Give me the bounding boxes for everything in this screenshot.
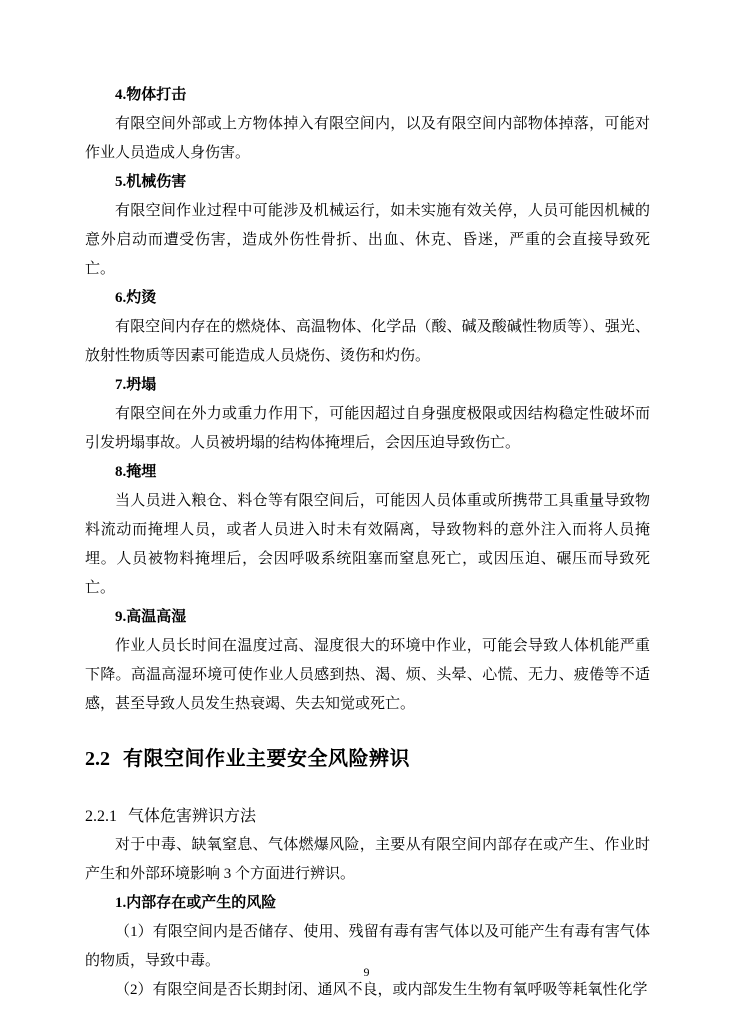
- document-page: 4.物体打击 有限空间外部或上方物体掉入有限空间内，以及有限空间内部物体掉落，可…: [0, 0, 733, 1036]
- hazard-heading: 6.灼烫: [85, 284, 650, 313]
- subsection-intro-paragraph: 对于中毒、缺氧窒息、气体燃爆风险，主要从有限空间内部存在或产生、作业时产生和外部…: [85, 831, 650, 889]
- section-title: 有限空间作业主要安全风险辨识: [123, 748, 410, 770]
- hazard-heading: 7.坍塌: [85, 371, 650, 400]
- hazard-heading: 9.高温高湿: [85, 603, 650, 632]
- hazard-section-mechanical-injury: 5.机械伤害 有限空间作业过程中可能涉及机械运行，如未实施有效关停，人员可能因机…: [85, 168, 650, 284]
- subsection-heading: 2.2.1气体危害辨识方法: [85, 802, 650, 831]
- hazard-section-collapse: 7.坍塌 有限空间在外力或重力作用下，可能因超过自身强度极限或因结构稳定性破坏而…: [85, 371, 650, 458]
- hazard-paragraph: 当人员进入粮仓、料仓等有限空间后，可能因人员体重或所携带工具重量导致物料流动而掩…: [85, 487, 650, 603]
- hazard-heading: 5.机械伤害: [85, 168, 650, 197]
- risk-item-2: （2）有限空间是否长期封闭、通风不良，或内部发生生物有氧呼吸等耗氧性化学: [85, 976, 650, 1005]
- subsection-number: 2.2.1: [85, 808, 117, 825]
- subsection-title: 气体危害辨识方法: [128, 808, 256, 825]
- hazard-section-heat-humidity: 9.高温高湿 作业人员长时间在温度过高、湿度很大的环境中作业，可能会导致人体机能…: [85, 603, 650, 719]
- section-number: 2.2: [85, 748, 110, 770]
- hazard-paragraph: 有限空间外部或上方物体掉入有限空间内，以及有限空间内部物体掉落，可能对作业人员造…: [85, 110, 650, 168]
- hazard-section-burial: 8.掩埋 当人员进入粮仓、料仓等有限空间后，可能因人员体重或所携带工具重量导致物…: [85, 458, 650, 603]
- hazard-heading: 8.掩埋: [85, 458, 650, 487]
- hazard-paragraph: 作业人员长时间在温度过高、湿度很大的环境中作业，可能会导致人体机能严重下降。高温…: [85, 632, 650, 719]
- page-number: 9: [0, 964, 733, 980]
- hazard-heading: 4.物体打击: [85, 81, 650, 110]
- hazard-section-burns: 6.灼烫 有限空间内存在的燃烧体、高温物体、化学品（酸、碱及酸碱性物质等）、强光…: [85, 284, 650, 371]
- hazard-section-object-strike: 4.物体打击 有限空间外部或上方物体掉入有限空间内，以及有限空间内部物体掉落，可…: [85, 81, 650, 168]
- hazard-paragraph: 有限空间作业过程中可能涉及机械运行，如未实施有效关停，人员可能因机械的意外启动而…: [85, 197, 650, 284]
- risk-category-heading: 1.内部存在或产生的风险: [85, 889, 650, 918]
- section-heading: 2.2有限空间作业主要安全风险辨识: [85, 743, 650, 776]
- hazard-paragraph: 有限空间在外力或重力作用下，可能因超过自身强度极限或因结构稳定性破坏而引发坍塌事…: [85, 400, 650, 458]
- hazard-paragraph: 有限空间内存在的燃烧体、高温物体、化学品（酸、碱及酸碱性物质等）、强光、放射性物…: [85, 313, 650, 371]
- page-content: 4.物体打击 有限空间外部或上方物体掉入有限空间内，以及有限空间内部物体掉落，可…: [0, 0, 733, 1005]
